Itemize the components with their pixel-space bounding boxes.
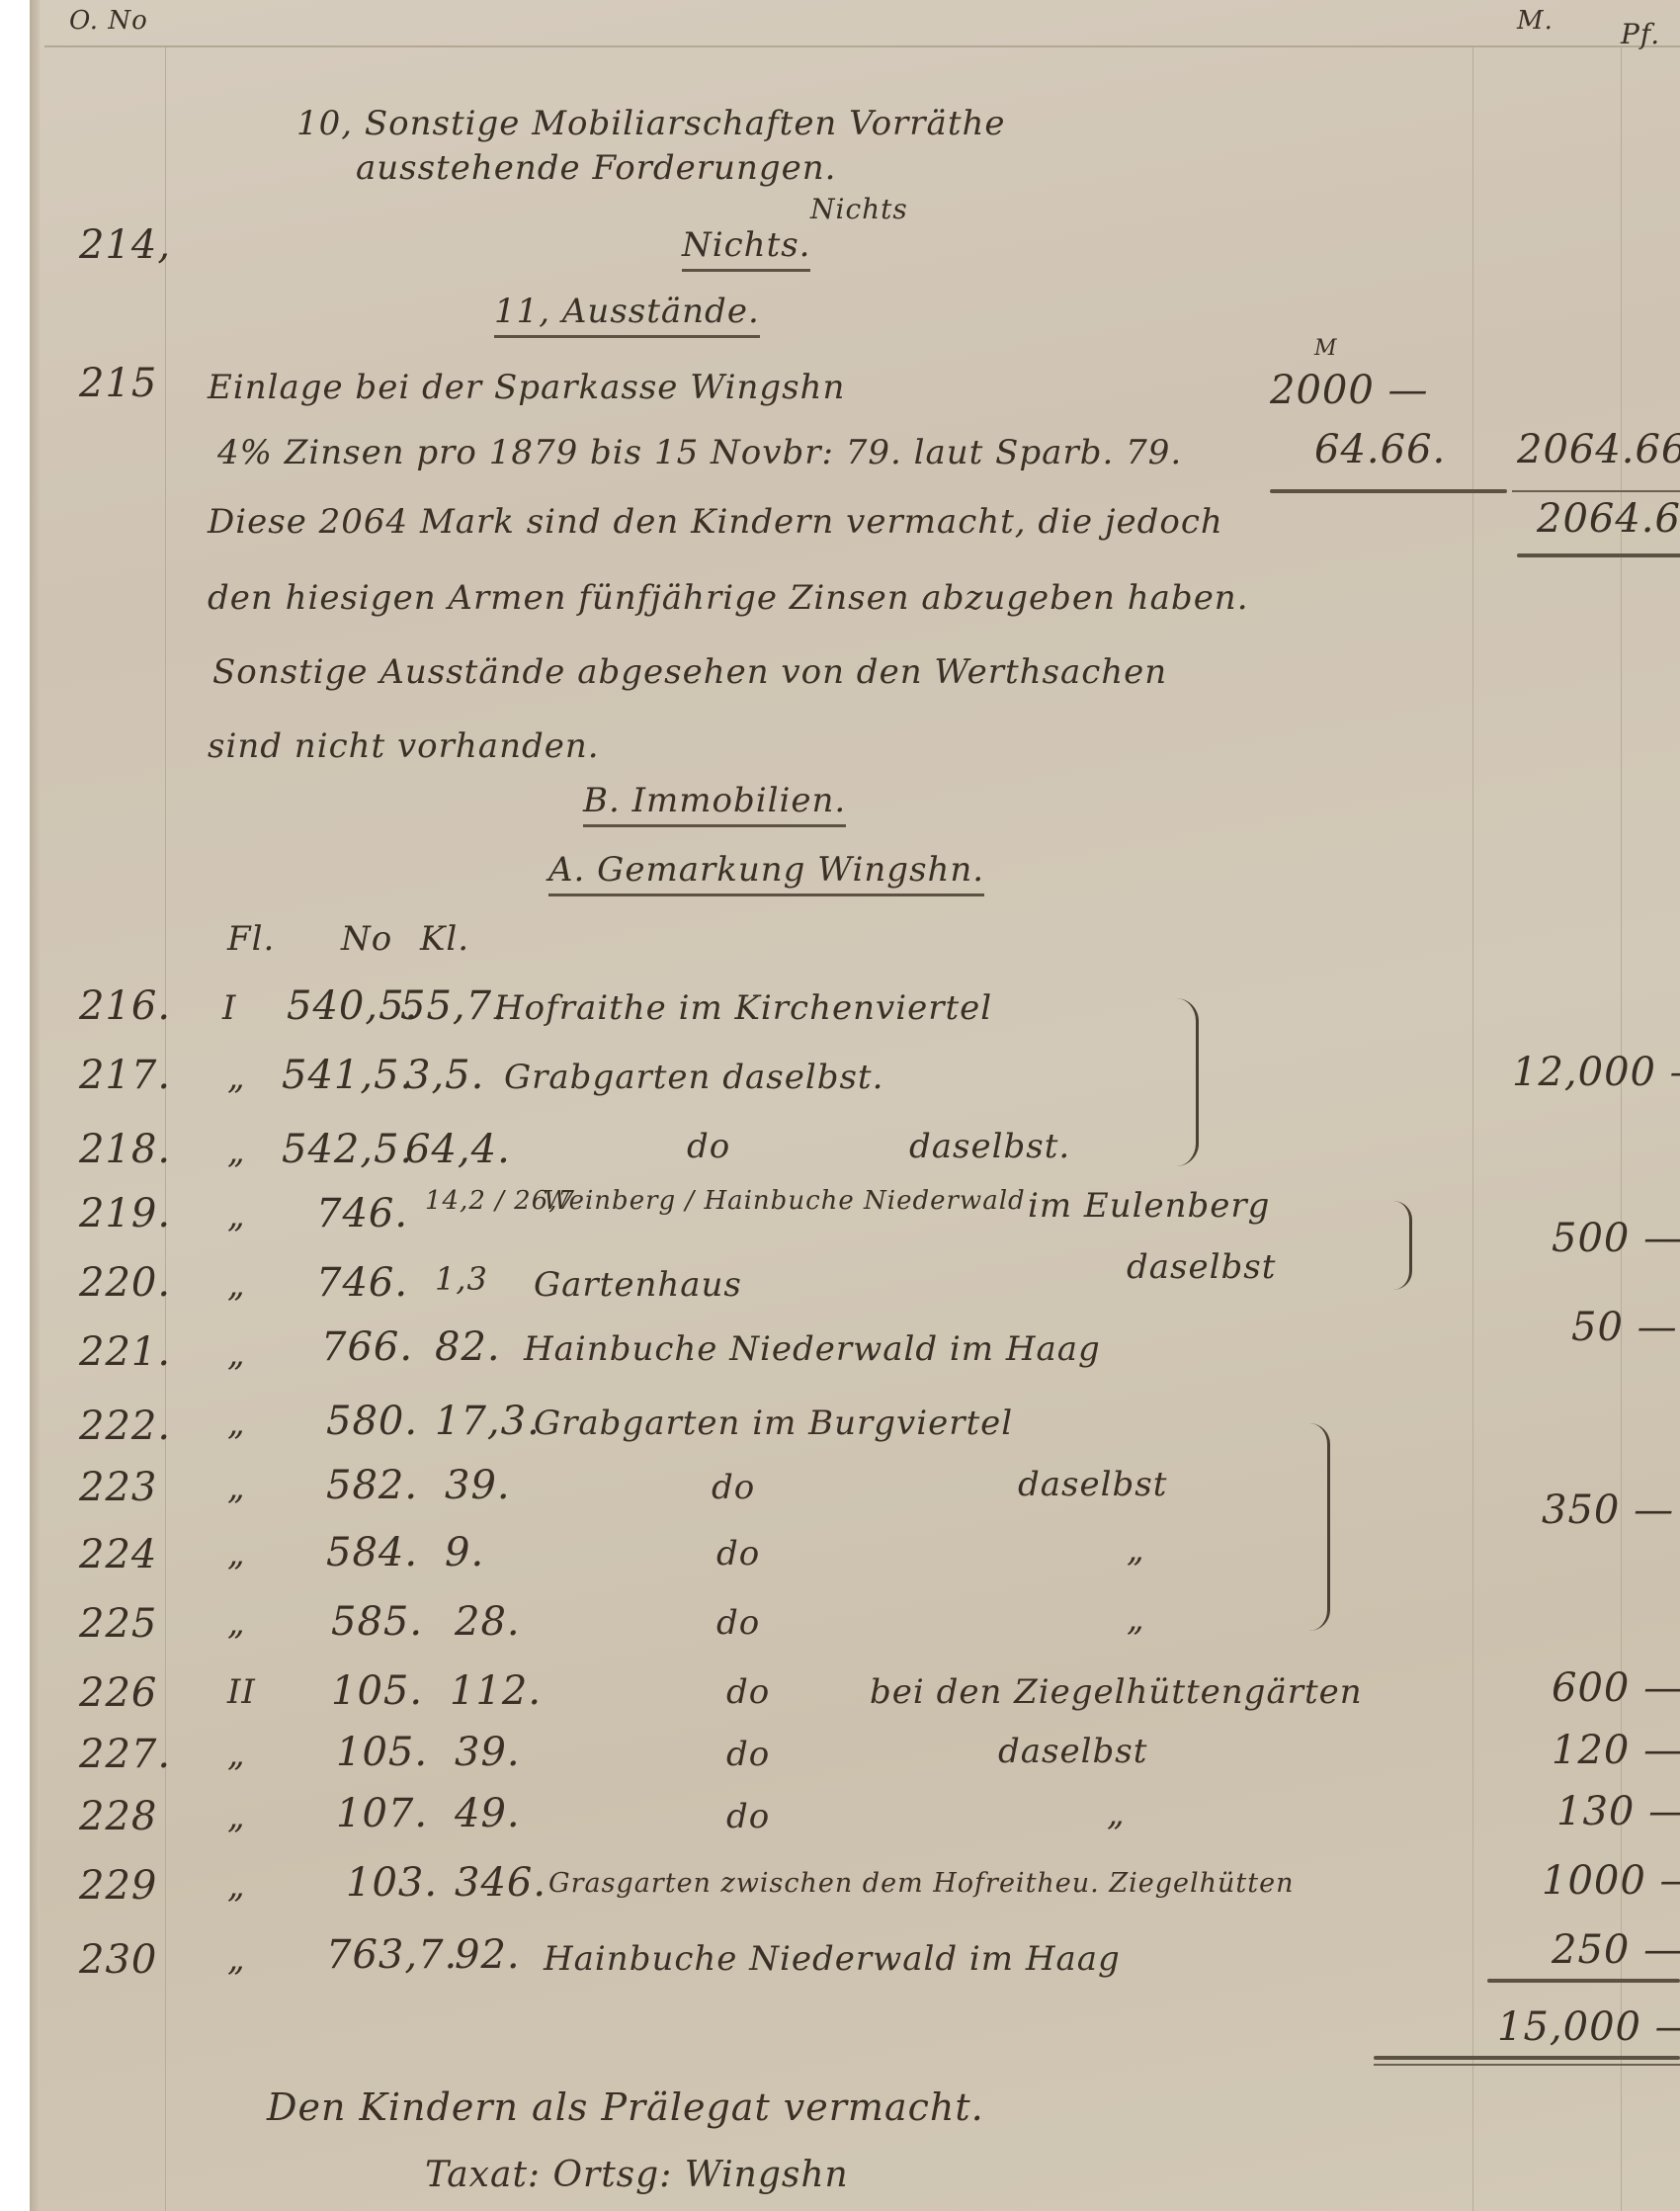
entry-number-214: 214, [79,222,171,268]
table-header-kl: Kl. [420,919,469,959]
currency-mark-label: M [1314,336,1338,361]
row-description: Grasgarten zwischen dem Hofreitheu. Zieg… [548,1868,1294,1899]
row-description: do [712,1468,755,1507]
row-description: do [726,1672,770,1712]
row-area: 3,5. [405,1053,484,1098]
row-description: Grabgarten daselbst. [504,1058,883,1097]
row-description: do [687,1127,730,1166]
row-flur: „ [227,1534,246,1573]
row-flur: „ [227,1939,246,1979]
row-flur: „ [227,1265,246,1305]
row-number: 225 [79,1601,157,1647]
row-number: 227. [79,1732,171,1777]
row-area: 39. [445,1463,511,1508]
row-number: 226 [79,1670,157,1716]
entry-215-line-1: Einlage bei der Sparkasse Wingshn [208,368,845,407]
row-location: daselbst. [909,1127,1070,1166]
row-flur: „ [227,1334,246,1374]
row-parcel: 582. [326,1463,418,1508]
row-description: do [726,1797,770,1836]
row-flur: „ [227,1866,246,1906]
footer-bequest-note: Den Kindern als Prälegat vermacht. [267,2085,984,2129]
row-number: 218. [79,1127,171,1172]
row-parcel: 105. [336,1730,428,1775]
table-header-fl: Fl. [227,919,275,959]
row-location: „ [1127,1599,1145,1639]
row-description: do [716,1603,760,1643]
row-number: 228 [79,1794,157,1839]
row-number: 220. [79,1260,171,1306]
row-parcel: 542,5. [282,1127,413,1172]
row-amount: 120 — [1552,1728,1680,1773]
subsection-a-title: A. Gemarkung Wingshn. [548,850,984,896]
row-description: do [716,1534,760,1573]
row-area: 28. [455,1599,521,1645]
entry-215-total: 2064.66 [1537,496,1680,542]
row-area: 112. [450,1668,542,1714]
row-area: 82. [435,1324,501,1370]
row-description: Hainbuche Niederwald im Haag [524,1329,1101,1369]
total-double-rule-2 [1374,2064,1680,2066]
row-location: daselbst [998,1732,1147,1771]
row-flur: „ [227,1468,246,1507]
row-parcel: 746. [316,1191,408,1236]
row-parcel: 580. [326,1399,418,1444]
column-header-number: O. No [69,6,148,36]
header-rule [44,45,1680,47]
row-amount: 600 — [1552,1665,1680,1711]
row-parcel: 103. [346,1860,438,1906]
section-10-note: Nichts [810,193,908,225]
row-location: daselbst [1018,1465,1167,1504]
row-parcel: 746. [316,1260,408,1306]
row-description: Gartenhaus [534,1265,742,1305]
row-parcel: 541,5. [282,1053,413,1098]
row-location: bei den Ziegelhüttengärten [870,1672,1363,1712]
column-rule-marks [1472,47,1473,2211]
row-flur: II [227,1672,256,1712]
row-number: 216. [79,983,171,1029]
row-number: 221. [79,1329,171,1375]
row-area: 346. [455,1860,546,1906]
row-number: 224 [79,1532,157,1577]
table-header-no: No [341,919,392,959]
row-description: Hofraithe im Kirchenviertel [494,988,992,1028]
brace-219-220 [1393,1201,1412,1290]
row-number: 230 [79,1937,157,1983]
column-header-pfennig: Pf. [1621,18,1660,50]
subtotal-underline [1512,490,1680,492]
row-area: 92. [455,1932,521,1978]
row-location: daselbst [1127,1247,1276,1287]
row-area: 9. [445,1530,484,1575]
entry-215-line-3: Diese 2064 Mark sind den Kindern vermach… [208,502,1223,542]
row-area: 64,4. [405,1127,511,1172]
row-number: 229 [79,1863,157,1909]
immobilien-total: 15,000 — [1497,2004,1680,2050]
row-amount: 50 — [1571,1305,1678,1350]
row-amount: 1000 — [1542,1858,1680,1904]
total-double-underline [1517,553,1680,557]
row-location: „ [1127,1530,1145,1570]
entry-215-interest: 64.66. [1314,427,1446,472]
section-10-title-line-2: ausstehende Forderungen. [356,148,836,188]
row-description: Weinberg / Hainbuche Niederwald [544,1186,1026,1216]
row-location: im Eulenberg [1028,1186,1270,1226]
row-parcel: 107. [336,1791,428,1836]
row-amount: 350 — [1542,1488,1674,1533]
row-flur: „ [227,1603,246,1643]
row-parcel: 766. [321,1324,413,1370]
brace-216-218 [1176,998,1199,1166]
row-parcel: 540,5. [287,983,418,1029]
row-description: Grabgarten im Burgviertel [534,1403,1013,1443]
row-flur: „ [227,1735,246,1774]
row-flur: „ [227,1058,246,1097]
entry-215-capital: 2000 — [1270,368,1429,413]
row-flur: „ [227,1797,246,1836]
row-amount: 130 — [1556,1789,1680,1834]
row-amount: 12,000 — [1512,1050,1680,1095]
column-header-marks: M. [1517,6,1554,36]
row-parcel: 105. [331,1668,423,1714]
entry-215-line-5: Sonstige Ausstände abgesehen von den Wer… [212,652,1167,692]
row-number: 222. [79,1403,171,1449]
entry-number-215: 215 [79,361,157,406]
section-11-title: 11, Ausstände. [494,292,760,338]
section-b-title: B. Immobilien. [583,781,846,827]
footer-valuation-note: Taxat: Ortsg: Wingshn [425,2155,849,2195]
row-flur: „ [227,1132,246,1171]
entry-215-line-4: den hiesigen Armen fünfjährige Zinsen ab… [208,578,1249,618]
entry-215-subtotal: 2064.66 [1517,427,1680,472]
row-parcel: 763,7. [326,1932,458,1978]
row-parcel: 585. [331,1599,423,1645]
entry-215-line-6: sind nicht vorhanden. [208,726,600,766]
row-description: Hainbuche Niederwald im Haag [544,1939,1121,1979]
row-description: do [726,1735,770,1774]
row-number: 217. [79,1053,171,1098]
ledger-page: O. No M. Pf. 10, Sonstige Mobiliarschaft… [30,0,1680,2211]
section-10-title-line-1: 10, Sonstige Mobiliarschaften Vorräthe [296,104,1006,143]
sum-underline [1487,1979,1680,1983]
row-parcel: 584. [326,1530,418,1575]
row-area: 49. [455,1791,521,1836]
row-area: 1,3 [435,1260,488,1298]
row-flur: „ [227,1196,246,1235]
row-area: 17,3. [435,1399,541,1444]
row-flur: „ [227,1403,246,1443]
row-amount: 500 — [1552,1216,1680,1261]
row-number: 223 [79,1465,157,1510]
entry-214-text: Nichts. [682,225,810,272]
row-number: 219. [79,1191,171,1236]
row-area: 55,7. [400,983,506,1029]
total-double-rule [1374,2056,1680,2060]
interest-underline [1270,489,1507,493]
row-area: 39. [455,1730,521,1775]
row-location: „ [1107,1794,1126,1833]
entry-215-line-2: 4% Zinsen pro 1879 bis 15 Novbr: 79. lau… [217,433,1182,472]
brace-222-225 [1309,1423,1330,1631]
row-amount: 250 — [1552,1927,1680,1973]
row-flur: I [222,988,236,1028]
